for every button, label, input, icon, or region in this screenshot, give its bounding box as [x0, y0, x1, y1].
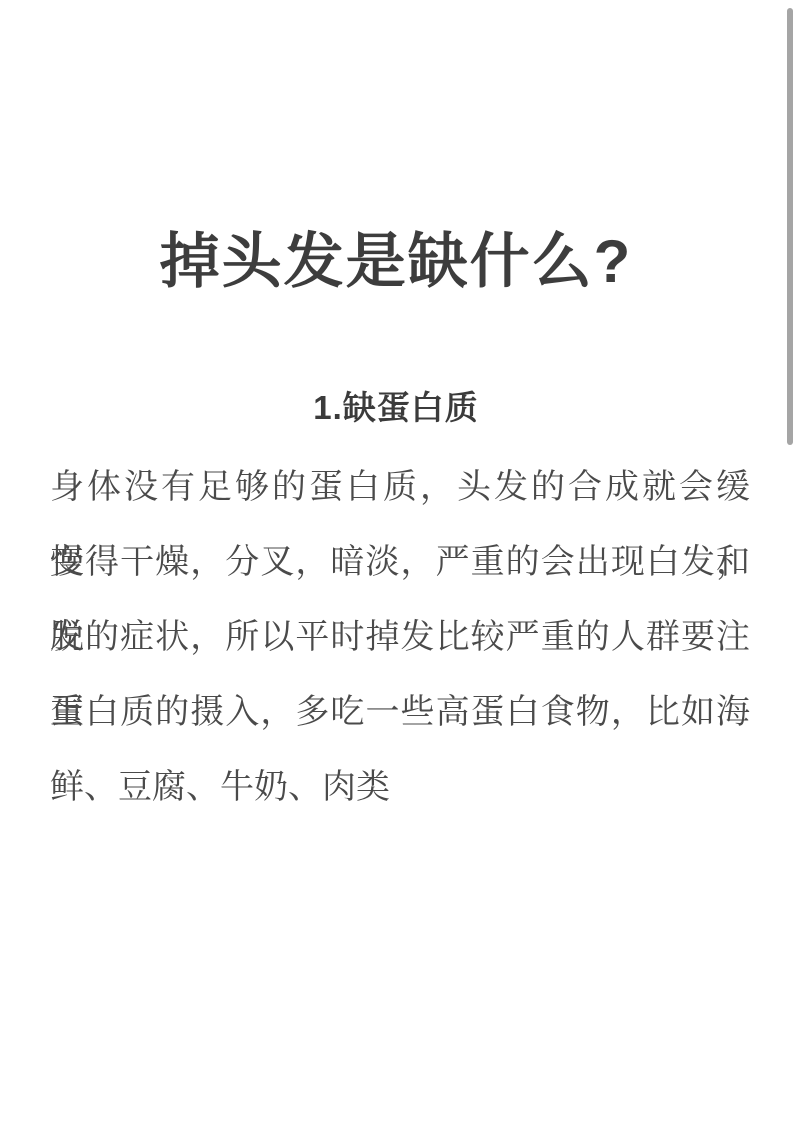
body-line: 发的症状，所以平时掉发比较严重的人群要注重 — [50, 600, 750, 675]
body-line: 蛋白质的摄入，多吃一些高蛋白食物，比如海 — [50, 675, 750, 750]
article-page: 掉头发是缺什么? 1.缺蛋白质 身体没有足够的蛋白质，头发的合成就会缓慢， 变得… — [0, 0, 800, 1125]
scrollbar-thumb[interactable] — [787, 8, 793, 445]
page-title: 掉头发是缺什么? — [0, 222, 792, 302]
body-paragraph: 身体没有足够的蛋白质，头发的合成就会缓慢， 变得干燥，分叉，暗淡，严重的会出现白… — [50, 450, 750, 825]
body-line: 身体没有足够的蛋白质，头发的合成就会缓慢， — [50, 450, 750, 525]
section-heading: 1.缺蛋白质 — [0, 386, 792, 430]
body-line: 变得干燥，分叉，暗淡，严重的会出现白发和脱 — [50, 525, 750, 600]
body-line: 鲜、豆腐、牛奶、肉类 — [50, 750, 750, 825]
